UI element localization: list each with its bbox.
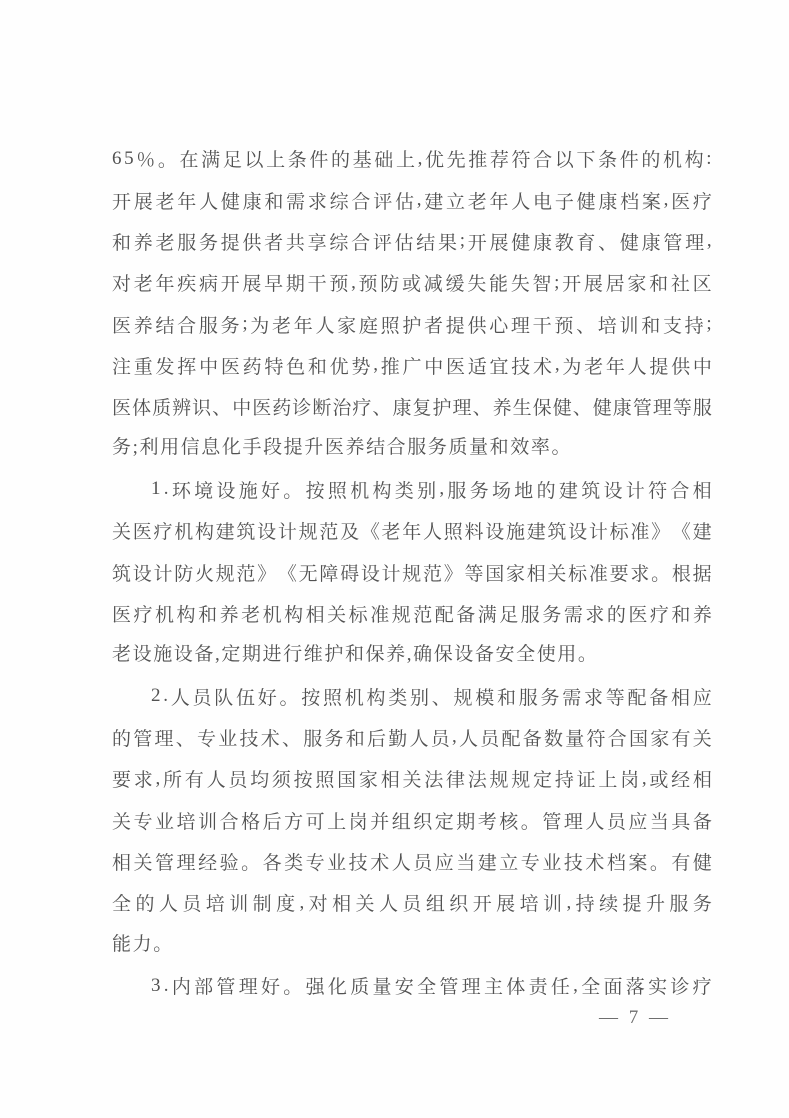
text-line: 关专业培训合格后方可上岗并组织定期考核。管理人员应当具备 [112,800,712,841]
text-line: 医养结合服务;为老年人家庭照护者提供心理干预、培训和支持; [112,303,712,344]
text-line: 医体质辨识、中医药诊断治疗、康复护理、养生保健、健康管理等服 [112,386,712,427]
text-line: 开展老年人健康和需求综合评估,建立老年人电子健康档案,医疗 [112,179,712,220]
text-line: 筑设计防火规范》《无障碍设计规范》等国家相关标准要求。根据 [112,551,712,592]
text-line: 的管理、专业技术、服务和后勤人员,人员配备数量符合国家有关 [112,717,712,758]
text-line: 1.环境设施好。按照机构类别,服务场地的建筑设计符合相 [112,469,712,510]
text-line: 65％。在满足以上条件的基础上,优先推荐符合以下条件的机构: [112,138,712,179]
text-line: 老设施设备,定期进行维护和保养,确保设备安全使用。 [112,634,712,675]
text-line: 对老年疾病开展早期干预,预防或减缓失能失智;开展居家和社区 [112,262,712,303]
text-line: 和养老服务提供者共享综合评估结果;开展健康教育、健康管理, [112,221,712,262]
text-line: 注重发挥中医药特色和优势,推广中医适宜技术,为老年人提供中 [112,345,712,386]
document-body: 65％。在满足以上条件的基础上,优先推荐符合以下条件的机构:开展老年人健康和需求… [112,138,712,1006]
text-line: 全的人员培训制度,对相关人员组织开展培训,持续提升服务 [112,882,712,923]
text-line: 3.内部管理好。强化质量安全管理主体责任,全面落实诊疗 [112,965,712,1006]
text-line: 2.人员队伍好。按照机构类别、规模和服务需求等配备相应 [112,675,712,716]
text-line: 关医疗机构建筑设计规范及《老年人照料设施建筑设计标准》《建 [112,510,712,551]
text-line: 相关管理经验。各类专业技术人员应当建立专业技术档案。有健 [112,841,712,882]
text-line: 要求,所有人员均须按照国家相关法律法规规定持证上岗,或经相 [112,758,712,799]
text-line: 能力。 [112,924,712,965]
page-number: — 7 — [599,1007,671,1029]
document-page: 65％。在满足以上条件的基础上,优先推荐符合以下条件的机构:开展老年人健康和需求… [0,0,789,1118]
text-line: 医疗机构和养老机构相关标准规范配备满足服务需求的医疗和养 [112,593,712,634]
text-line: 务;利用信息化手段提升医养结合服务质量和效率。 [112,427,712,468]
